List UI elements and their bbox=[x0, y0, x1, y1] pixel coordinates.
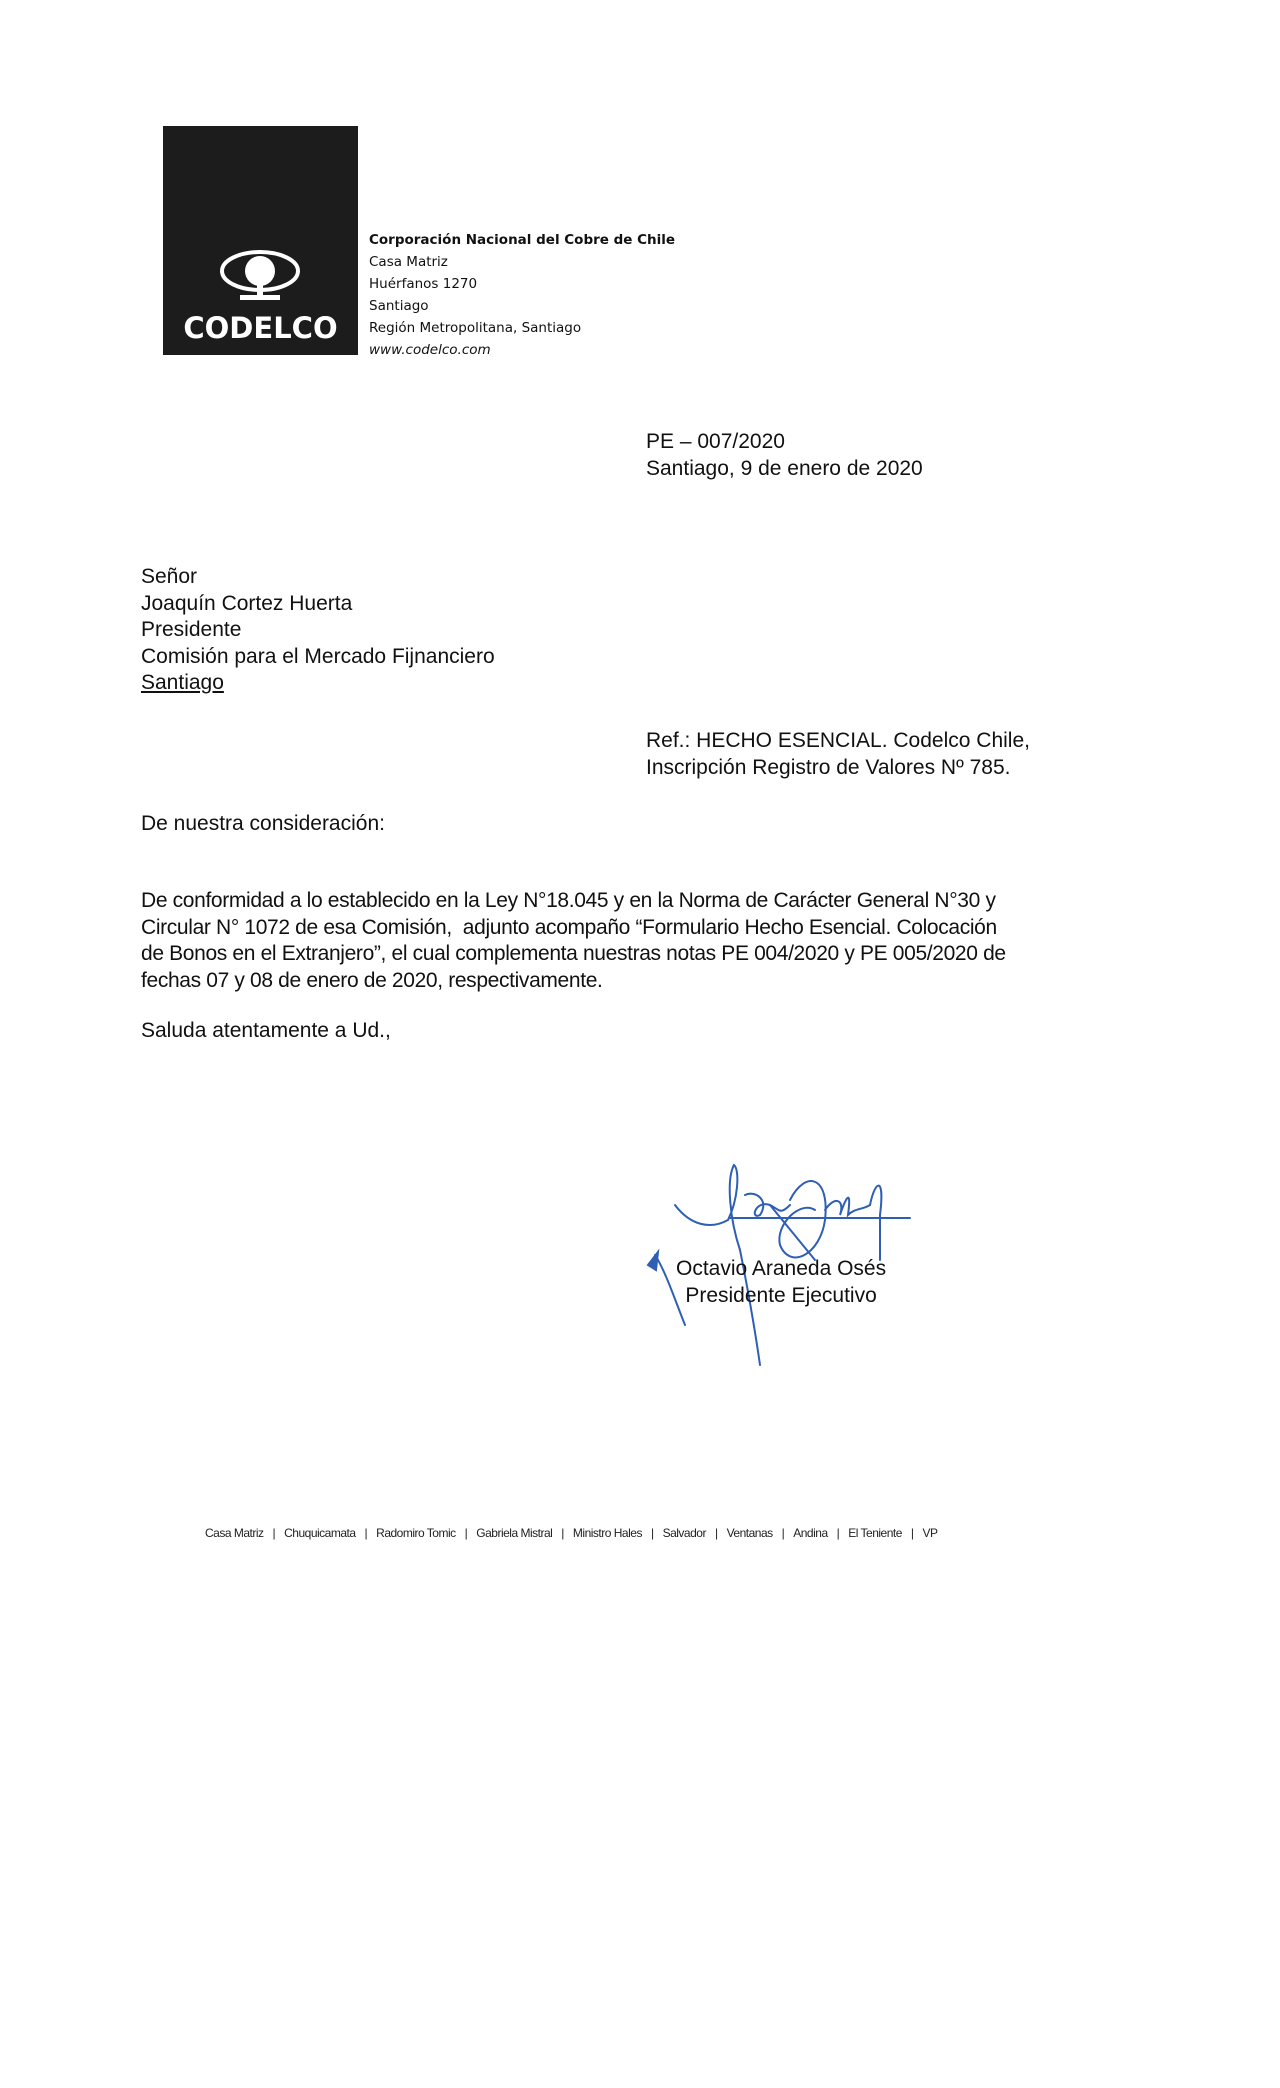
footer-division: El Teniente bbox=[848, 1526, 902, 1540]
subject-block: Ref.: HECHO ESENCIAL. Codelco Chile, Ins… bbox=[646, 728, 1030, 781]
footer-division: Radomiro Tomic bbox=[376, 1526, 455, 1540]
addressee-block: Señor Joaquín Cortez Huerta Presidente C… bbox=[141, 564, 495, 697]
website: www.codelco.com bbox=[369, 339, 675, 361]
footer-division: Andina bbox=[793, 1526, 827, 1540]
addressee-city: Santiago bbox=[141, 671, 224, 694]
footer-division: Ventanas bbox=[727, 1526, 773, 1540]
address-line: Santiago bbox=[369, 295, 675, 317]
footer-division: Ministro Hales bbox=[573, 1526, 642, 1540]
place-date: Santiago, 9 de enero de 2020 bbox=[646, 456, 923, 483]
body-line: Circular N° 1072 de esa Comisión, adjunt… bbox=[141, 915, 1141, 942]
closing: Saluda atentamente a Ud., bbox=[141, 1018, 391, 1045]
body-paragraph: De conformidad a lo establecido en la Le… bbox=[141, 888, 1141, 994]
codelco-logo: CODELCO bbox=[163, 126, 358, 355]
body-line: De conformidad a lo establecido en la Le… bbox=[141, 888, 1141, 915]
body-line: de Bonos en el Extranjero”, el cual comp… bbox=[141, 941, 1141, 968]
subject-line-1: Ref.: HECHO ESENCIAL. Codelco Chile, bbox=[646, 728, 1030, 755]
footer-separator: | bbox=[715, 1526, 718, 1540]
greeting: De nuestra consideración: bbox=[141, 811, 385, 838]
footer-division: VP bbox=[923, 1526, 938, 1540]
footer-division: Gabriela Mistral bbox=[476, 1526, 552, 1540]
footer-separator: | bbox=[365, 1526, 368, 1540]
footer-division: Chuquicamata bbox=[284, 1526, 355, 1540]
footer-separator: | bbox=[273, 1526, 276, 1540]
organization-name: Corporación Nacional del Cobre de Chile bbox=[369, 229, 675, 251]
footer-separator: | bbox=[651, 1526, 654, 1540]
address-line: Región Metropolitana, Santiago bbox=[369, 317, 675, 339]
footer-division: Salvador bbox=[663, 1526, 706, 1540]
footer-divisions: Casa Matriz|Chuquicamata|Radomiro Tomic|… bbox=[205, 1526, 938, 1540]
body-line: fechas 07 y 08 de enero de 2020, respect… bbox=[141, 968, 1141, 995]
reference-number: PE – 007/2020 bbox=[646, 429, 923, 456]
address-line: Huérfanos 1270 bbox=[369, 273, 675, 295]
codelco-emblem-icon bbox=[218, 247, 302, 319]
footer-separator: | bbox=[465, 1526, 468, 1540]
addressee-name: Joaquín Cortez Huerta bbox=[141, 591, 495, 618]
salutation: Señor bbox=[141, 564, 495, 591]
address-line: Casa Matriz bbox=[369, 251, 675, 273]
footer-separator: | bbox=[837, 1526, 840, 1540]
footer-division: Casa Matriz bbox=[205, 1526, 264, 1540]
addressee-title: Presidente bbox=[141, 617, 495, 644]
signer-block: Octavio Araneda Osés Presidente Ejecutiv… bbox=[676, 1256, 886, 1309]
reference-block: PE – 007/2020 Santiago, 9 de enero de 20… bbox=[646, 429, 923, 482]
footer-separator: | bbox=[561, 1526, 564, 1540]
footer-separator: | bbox=[782, 1526, 785, 1540]
subject-line-2: Inscripción Registro de Valores Nº 785. bbox=[646, 755, 1030, 782]
signer-title: Presidente Ejecutivo bbox=[676, 1283, 886, 1310]
signer-name: Octavio Araneda Osés bbox=[676, 1256, 886, 1283]
addressee-organization: Comisión para el Mercado Fijnanciero bbox=[141, 644, 495, 671]
footer-separator: | bbox=[911, 1526, 914, 1540]
logo-wordmark: CODELCO bbox=[163, 311, 358, 345]
letterhead-address: Corporación Nacional del Cobre de Chile … bbox=[369, 229, 675, 361]
